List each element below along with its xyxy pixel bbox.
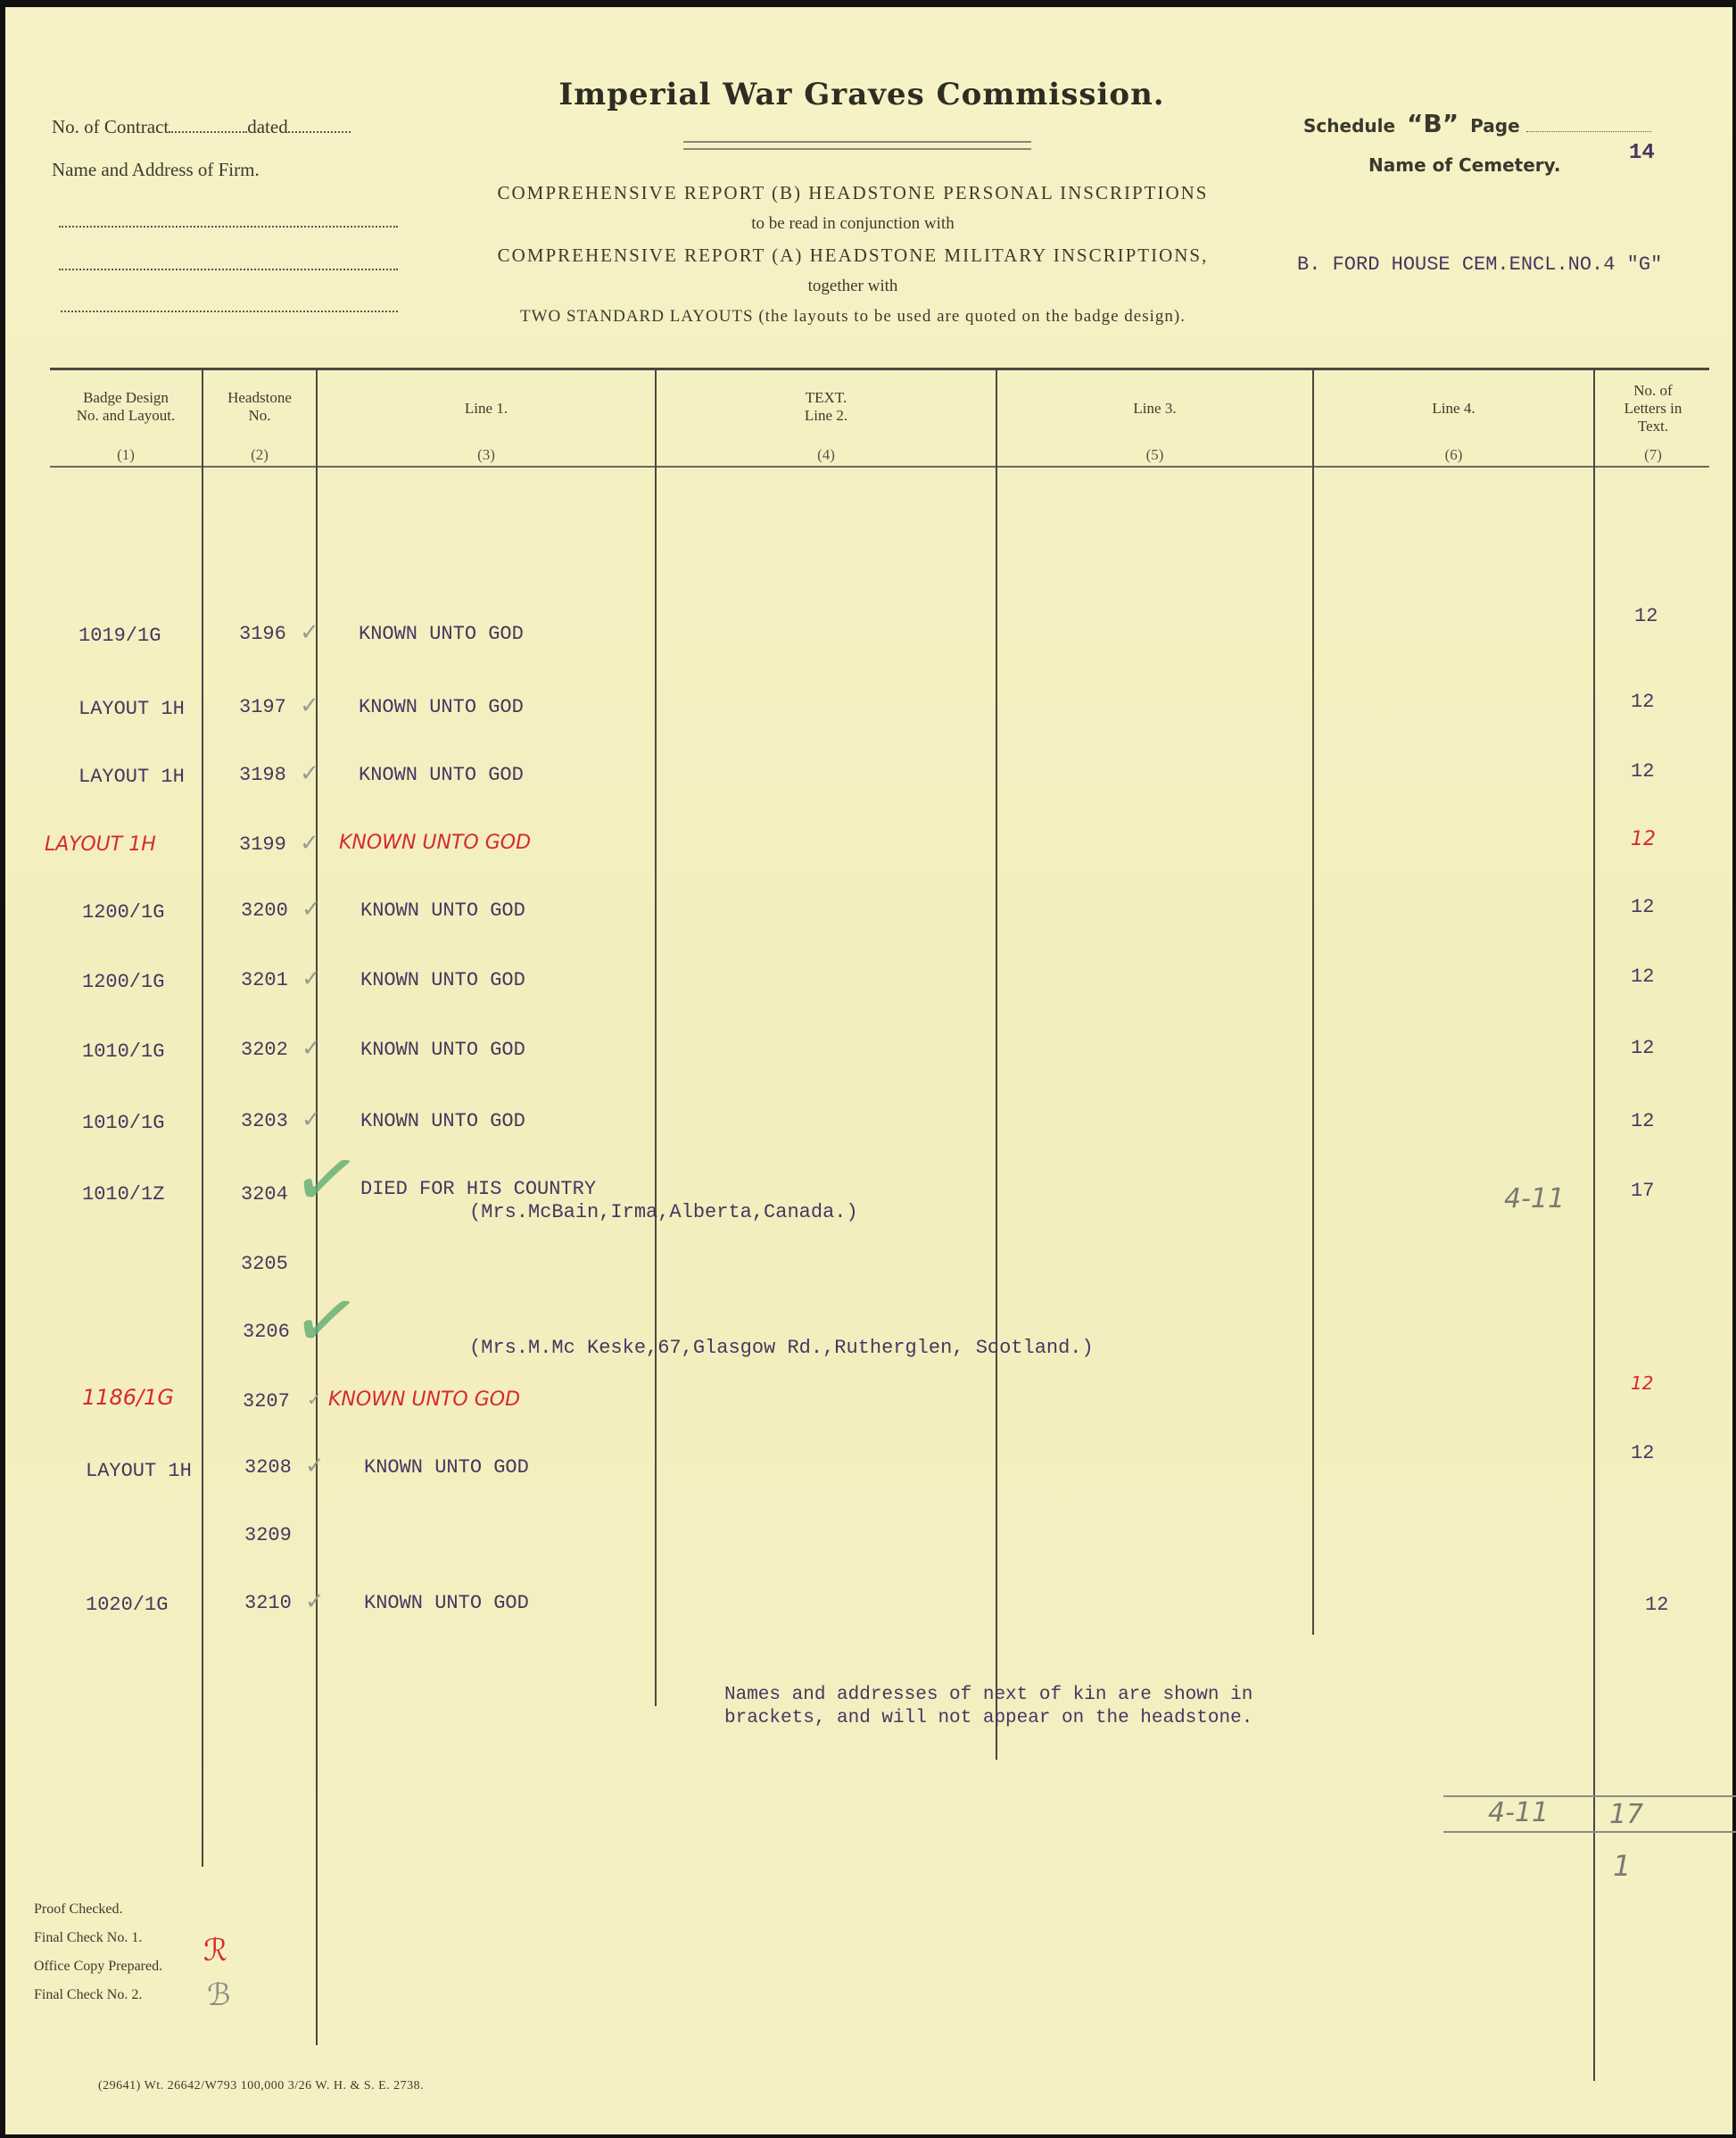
- checkmark-icon: ✓: [302, 1035, 321, 1062]
- check-item-office-copy: Office Copy Prepared.: [34, 1952, 162, 1981]
- document-page: No. of Contractdated Name and Address of…: [5, 7, 1732, 2134]
- schedule-field: Schedule “B” Page: [1303, 109, 1651, 138]
- row-line1: KNOWN UNTO GOD: [360, 1110, 525, 1132]
- dated-label: dated: [247, 116, 287, 137]
- col-header-line4: Line 4.: [1314, 400, 1593, 418]
- row-line4-note: 4-11: [1504, 1183, 1565, 1214]
- row-headstone: 3207: [243, 1390, 290, 1413]
- report-line-4: together with: [451, 277, 1254, 296]
- checkmark-icon: ✓: [305, 1588, 325, 1615]
- row-headstone: 3199: [239, 833, 286, 856]
- contract-field: No. of Contractdated: [52, 116, 351, 138]
- row-badge: 1019/1G: [79, 625, 161, 647]
- row-headstone: 3202: [241, 1039, 288, 1061]
- page-label: Page: [1470, 115, 1520, 137]
- row-badge: 1020/1G: [86, 1594, 168, 1616]
- check-item-proof: Proof Checked.: [34, 1895, 162, 1924]
- report-line-1: COMPREHENSIVE REPORT (B) HEADSTONE PERSO…: [451, 182, 1254, 204]
- firm-line-1: [59, 226, 398, 228]
- col-divider-6: [1593, 368, 1595, 2081]
- row-letters-handwritten: 12: [1631, 1372, 1653, 1394]
- checkmark-icon: ✓: [300, 760, 319, 787]
- row-letters-handwritten: 12: [1631, 828, 1656, 850]
- row-headstone: 3206: [243, 1321, 290, 1343]
- row-line1: KNOWN UNTO GOD: [360, 899, 525, 922]
- col-num-2: (2): [203, 446, 316, 464]
- row-line1-handwritten: KNOWN UNTO GOD: [339, 832, 531, 854]
- row-letters: 12: [1631, 1442, 1654, 1464]
- tally-rule-bottom: [1443, 1831, 1736, 1833]
- row-line1-handwritten: KNOWN UNTO GOD: [328, 1388, 520, 1411]
- report-line-2: to be read in conjunction with: [451, 214, 1254, 234]
- col-divider-1: [202, 368, 203, 1867]
- row-headstone: 3205: [241, 1253, 288, 1275]
- report-line-5: TWO STANDARD LAYOUTS (the layouts to be …: [451, 307, 1254, 327]
- checkmark-icon: ✓: [300, 830, 319, 857]
- note-line-2: brackets, and will not appear on the hea…: [724, 1708, 1252, 1728]
- schedule-value: “B”: [1407, 109, 1459, 138]
- row-next-of-kin: (Mrs.M.Mc Keske,67,Glasgow Rd.,Ruthergle…: [469, 1337, 1094, 1359]
- table-header-rule: [50, 466, 1709, 468]
- col-num-3: (3): [318, 446, 655, 464]
- col-num-1: (1): [50, 446, 202, 464]
- row-letters: 12: [1634, 605, 1657, 627]
- row-headstone: 3198: [239, 764, 286, 786]
- firm-line-2: [59, 269, 398, 270]
- tally-left: 4-11: [1488, 1797, 1549, 1828]
- row-badge-handwritten: LAYOUT 1H: [45, 833, 156, 856]
- col-divider-4: [996, 368, 997, 1760]
- row-line1: KNOWN UNTO GOD: [360, 1039, 525, 1061]
- checkmark-icon: ✓: [300, 619, 319, 646]
- check-item-final-1: Final Check No. 1.: [34, 1924, 162, 1952]
- row-letters: 17: [1631, 1180, 1654, 1202]
- row-badge: 1200/1G: [82, 901, 164, 924]
- table-top-rule: [50, 368, 1709, 370]
- row-headstone: 3201: [241, 969, 288, 991]
- row-badge: 1200/1G: [82, 971, 164, 993]
- row-line1: KNOWN UNTO GOD: [360, 969, 525, 991]
- row-badge: LAYOUT 1H: [79, 698, 185, 720]
- row-headstone: 3204: [241, 1183, 288, 1206]
- tally-below: 1: [1613, 1849, 1631, 1883]
- row-letters: 12: [1645, 1594, 1668, 1616]
- row-letters: 12: [1631, 965, 1654, 988]
- col-divider-5: [1312, 368, 1314, 1635]
- row-badge: LAYOUT 1H: [79, 766, 185, 788]
- page-number: 14: [1629, 141, 1655, 165]
- col-num-7: (7): [1595, 446, 1711, 464]
- row-line1: DIED FOR HIS COUNTRY: [360, 1178, 596, 1200]
- row-letters: 12: [1631, 760, 1654, 783]
- check-item-final-2: Final Check No. 2.: [34, 1981, 162, 2010]
- schedule-label: Schedule: [1303, 115, 1395, 137]
- row-line1: KNOWN UNTO GOD: [359, 764, 524, 786]
- checkmark-icon: ✓: [300, 692, 319, 719]
- pencil-initials-icon: ℬ: [207, 1977, 231, 2013]
- col-header-badge: Badge Design No. and Layout.: [50, 389, 202, 425]
- row-headstone: 3197: [239, 696, 286, 718]
- row-letters: 12: [1631, 1037, 1654, 1059]
- green-check-icon: ✓: [285, 1269, 368, 1373]
- report-line-3: COMPREHENSIVE REPORT (A) HEADSTONE MILIT…: [451, 244, 1254, 267]
- row-line1: KNOWN UNTO GOD: [364, 1592, 529, 1614]
- col-num-6: (6): [1314, 446, 1593, 464]
- col-num-5: (5): [997, 446, 1312, 464]
- row-headstone: 3210: [244, 1592, 292, 1614]
- row-letters: 12: [1631, 896, 1654, 918]
- checks-list: Proof Checked. Final Check No. 1. Office…: [34, 1895, 162, 2010]
- checkmark-icon: ✓: [302, 965, 321, 992]
- tally-right: 17: [1609, 1799, 1643, 1830]
- row-line1: KNOWN UNTO GOD: [364, 1456, 529, 1479]
- col-header-headstone: Headstone No.: [203, 389, 316, 425]
- cemetery-name: B. FORD HOUSE CEM.ENCL.NO.4 "G": [1297, 253, 1662, 276]
- row-badge-handwritten: 1186/1G: [82, 1385, 174, 1410]
- document-title: Imperial War Graves Commission.: [434, 77, 1290, 112]
- checkmark-icon: ✓: [307, 1388, 322, 1410]
- note-line-1: Names and addresses of next of kin are s…: [724, 1685, 1252, 1705]
- col-header-letters: No. of Letters in Text.: [1595, 382, 1711, 435]
- checkmark-icon: ✓: [302, 896, 321, 923]
- green-check-icon: ✓: [285, 1128, 368, 1232]
- firm-label: Name and Address of Firm.: [52, 159, 260, 181]
- title-rule: [683, 141, 1031, 150]
- row-badge: LAYOUT 1H: [86, 1460, 192, 1482]
- row-line1: KNOWN UNTO GOD: [359, 623, 524, 645]
- row-line1: KNOWN UNTO GOD: [359, 696, 524, 718]
- row-next-of-kin: (Mrs.McBain,Irma,Alberta,Canada.): [469, 1201, 858, 1223]
- col-divider-3: [655, 368, 657, 1706]
- row-headstone: 3196: [239, 623, 286, 645]
- col-num-4: (4): [657, 446, 996, 464]
- col-header-line1: Line 1.: [318, 400, 655, 418]
- col-header-line3: Line 3.: [997, 400, 1312, 418]
- row-headstone: 3209: [244, 1524, 292, 1546]
- row-headstone: 3200: [241, 899, 288, 922]
- contract-label: No. of Contract: [52, 116, 169, 137]
- row-letters: 12: [1631, 691, 1654, 713]
- row-headstone: 3203: [241, 1110, 288, 1132]
- print-code: (29641) Wt. 26642/W793 100,000 3/26 W. H…: [98, 2079, 424, 2093]
- checkmark-icon: ✓: [305, 1453, 325, 1479]
- red-initials-icon: ℛ: [203, 1933, 227, 1968]
- row-headstone: 3208: [244, 1456, 292, 1479]
- row-badge: 1010/1Z: [82, 1183, 164, 1206]
- row-badge: 1010/1G: [82, 1112, 164, 1134]
- col-header-line2: TEXT. Line 2.: [657, 389, 996, 425]
- firm-line-3: [61, 311, 398, 312]
- row-badge: 1010/1G: [82, 1040, 164, 1063]
- row-letters: 12: [1631, 1110, 1654, 1132]
- cemetery-label: Name of Cemetery.: [1368, 154, 1560, 176]
